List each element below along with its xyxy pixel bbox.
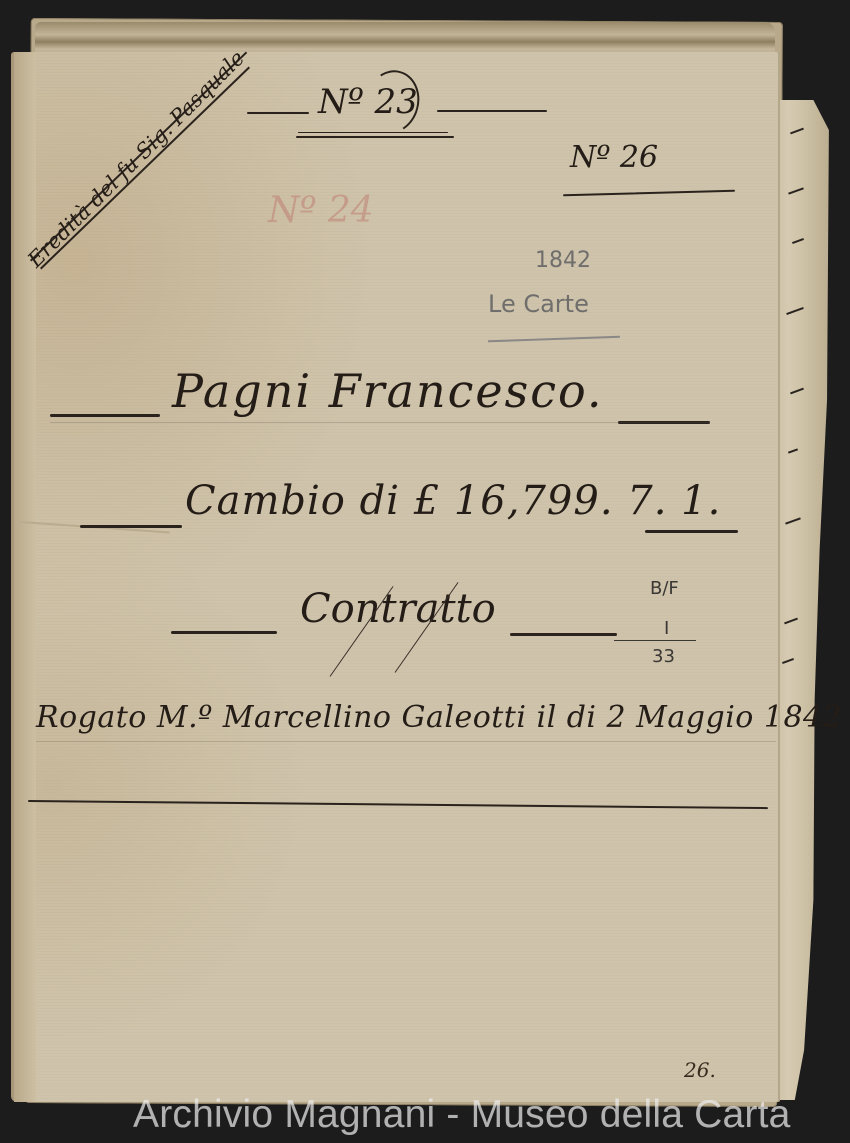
subject-rule-right [645, 530, 738, 533]
notary-line: Rogato M.º Marcellino Galeotti il di 2 M… [36, 700, 842, 735]
shelfmark-middle: I [664, 618, 669, 639]
subject-rule-left [80, 525, 182, 528]
person-name: Pagni Francesco. [172, 364, 604, 418]
red-pencil-number: Nº 24 [268, 190, 374, 231]
number-underline [296, 136, 454, 138]
number-underline-2 [298, 132, 448, 133]
pencil-label: Le Carte [488, 290, 589, 318]
number-rule-left [247, 112, 309, 114]
notary-guideline [36, 741, 776, 742]
doctype-rule-right [510, 633, 617, 636]
subject-line: Cambio di £ 16,799. 7. 1. [185, 478, 721, 524]
shelfmark-top: B/F [650, 578, 679, 599]
shelfmark-fraction-bar [614, 640, 696, 641]
number-rule-right [437, 110, 547, 112]
pencil-year: 1842 [535, 248, 591, 273]
inner-pages-edge [770, 100, 832, 1100]
doctype-rule-left [171, 631, 277, 634]
archive-watermark: Archivio Magnani - Museo della Carta [133, 1093, 791, 1137]
name-rule-left [50, 414, 160, 417]
shelfmark-bottom: 33 [652, 646, 675, 667]
document-type: Contratto [300, 586, 496, 632]
page-number: 26. [684, 1058, 716, 1082]
alt-file-number: Nº 26 [570, 140, 658, 175]
name-guideline [50, 422, 710, 423]
folder-cover-sheet [14, 52, 778, 1102]
binding-fold [14, 52, 36, 1102]
